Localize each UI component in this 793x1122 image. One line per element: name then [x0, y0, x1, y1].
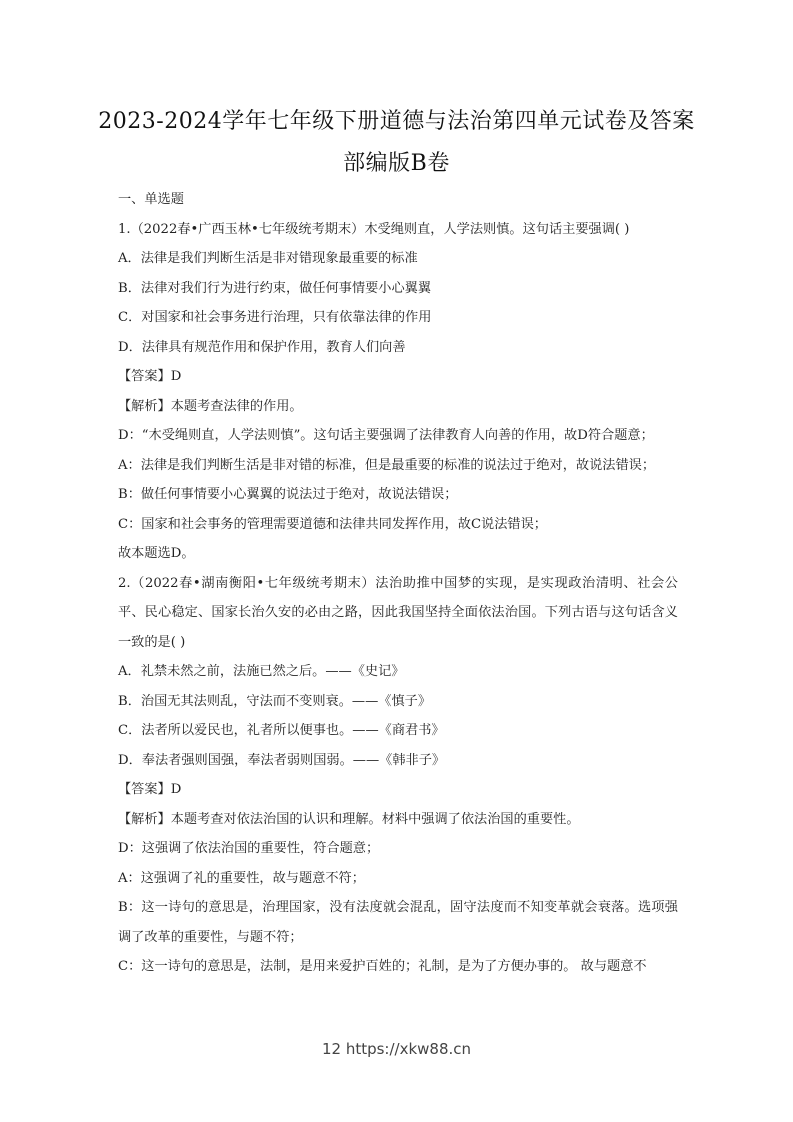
analysis-line: A：法律是我们判断生活是非对错的标准，但是最重要的标准的说法过于绝对，故说法错误…: [118, 451, 678, 481]
analysis-line: B：做任何事情要小心翼翼的说法过于绝对，故说法错误；: [118, 480, 678, 510]
analysis-line: 【解析】本题考查对依法治国的认识和理解。材料中强调了依法治国的重要性。: [118, 805, 678, 835]
section-heading: 一、单选题: [118, 185, 678, 215]
analysis-line: D：“木受绳则直，人学法则慎”。这句话主要强调了法律教育人向善的作用，故D符合题…: [118, 421, 678, 451]
option-d: D．奉法者强则国强，奉法者弱则国弱。——《韩非子》: [118, 746, 678, 776]
analysis-line: D：这强调了依法治国的重要性，符合题意；: [118, 834, 678, 864]
page-footer: 12 https://xkw88.cn: [0, 1040, 793, 1058]
option-a: A．礼禁未然之前，法施已然之后。——《史记》: [118, 657, 678, 687]
answer: 【答案】D: [118, 775, 678, 805]
option-c: C．法者所以爱民也，礼者所以便事也。——《商君书》: [118, 716, 678, 746]
answer: 【答案】D: [118, 362, 678, 392]
analysis-line: 【解析】本题考查法律的作用。: [118, 392, 678, 422]
option-c: C．对国家和社会事务进行治理，只有依靠法律的作用: [118, 303, 678, 333]
option-b: B．治国无其法则乱，守法而不变则衰。——《慎子》: [118, 687, 678, 717]
document-body: 一、单选题 1.（2022春•广西玉林•七年级统考期末）木受绳则直，人学法则慎。…: [118, 185, 678, 982]
analysis-line: A：这强调了礼的重要性，故与题意不符；: [118, 864, 678, 894]
analysis-line: C：这一诗句的意思是，法制，是用来爱护百姓的；礼制，是为了方便办事的。 故与题意…: [118, 952, 678, 982]
analysis-line: 故本题选D。: [118, 539, 678, 569]
page-title-line-1: 2023-2024学年七年级下册道德与法治第四单元试卷及答案: [0, 104, 793, 135]
option-b: B．法律对我们行为进行约束，做任何事情要小心翼翼: [118, 274, 678, 304]
question-2: 2.（2022春•湖南衡阳•七年级统考期末）法治助推中国梦的实现，是实现政治清明…: [118, 569, 678, 982]
analysis-line: B：这一诗句的意思是，治理国家，没有法度就会混乱，固守法度而不知变革就会衰落。选…: [118, 893, 678, 952]
question-stem: 1.（2022春•广西玉林•七年级统考期末）木受绳则直，人学法则慎。这句话主要强…: [118, 215, 678, 245]
option-d: D．法律具有规范作用和保护作用，教育人们向善: [118, 333, 678, 363]
analysis-line: C：国家和社会事务的管理需要道德和法律共同发挥作用，故C说法错误；: [118, 510, 678, 540]
page-title-line-2: 部编版B卷: [0, 146, 793, 177]
option-a: A．法律是我们判断生活是非对错现象最重要的标准: [118, 244, 678, 274]
question-1: 1.（2022春•广西玉林•七年级统考期末）木受绳则直，人学法则慎。这句话主要强…: [118, 215, 678, 569]
question-stem: 2.（2022春•湖南衡阳•七年级统考期末）法治助推中国梦的实现，是实现政治清明…: [118, 569, 678, 658]
